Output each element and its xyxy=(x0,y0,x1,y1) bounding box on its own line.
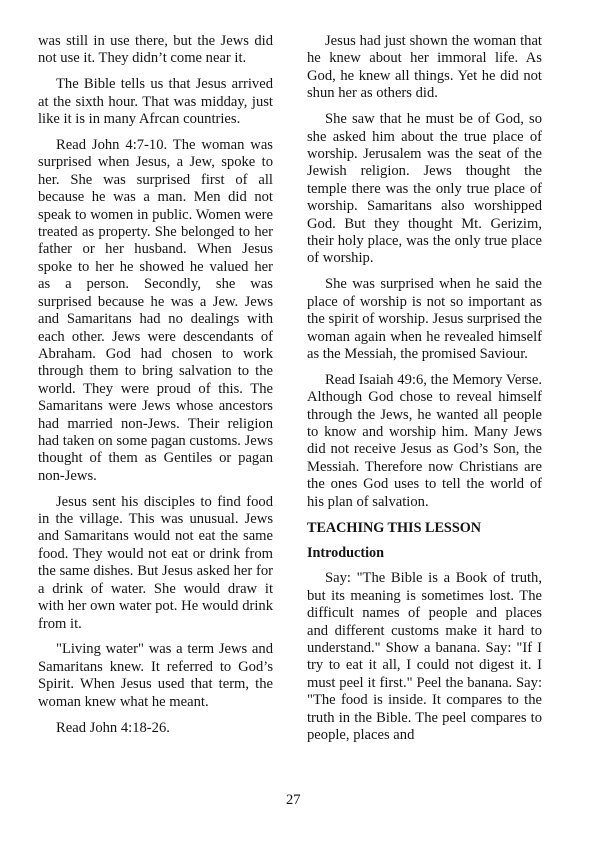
document-page: was still in use there, but the Jews did… xyxy=(0,0,596,850)
paragraph: She was surprised when he said the place… xyxy=(307,276,542,363)
page-number: 27 xyxy=(286,792,301,809)
paragraph: Jesus sent his disciples to find food in… xyxy=(38,494,273,633)
paragraph: Read Isaiah 49:6, the Memory Verse. Alth… xyxy=(307,372,542,511)
right-column: Jesus had just shown the woman that he k… xyxy=(307,33,542,753)
paragraph: Say: "The Bible is a Book of truth, but … xyxy=(307,570,542,744)
left-column: was still in use there, but the Jews did… xyxy=(38,33,273,745)
paragraph: Jesus had just shown the woman that he k… xyxy=(307,33,542,103)
subheading: Introduction xyxy=(307,545,542,562)
paragraph: "Living water" was a term Jews and Samar… xyxy=(38,641,273,711)
paragraph: The Bible tells us that Jesus arrived at… xyxy=(38,76,273,128)
paragraph: Read John 4:18-26. xyxy=(38,720,273,737)
paragraph: Read John 4:7-10. The woman was surprise… xyxy=(38,137,273,485)
paragraph: was still in use there, but the Jews did… xyxy=(38,33,273,68)
section-heading: TEACHING THIS LESSON xyxy=(307,520,542,537)
paragraph: She saw that he must be of God, so she a… xyxy=(307,111,542,268)
